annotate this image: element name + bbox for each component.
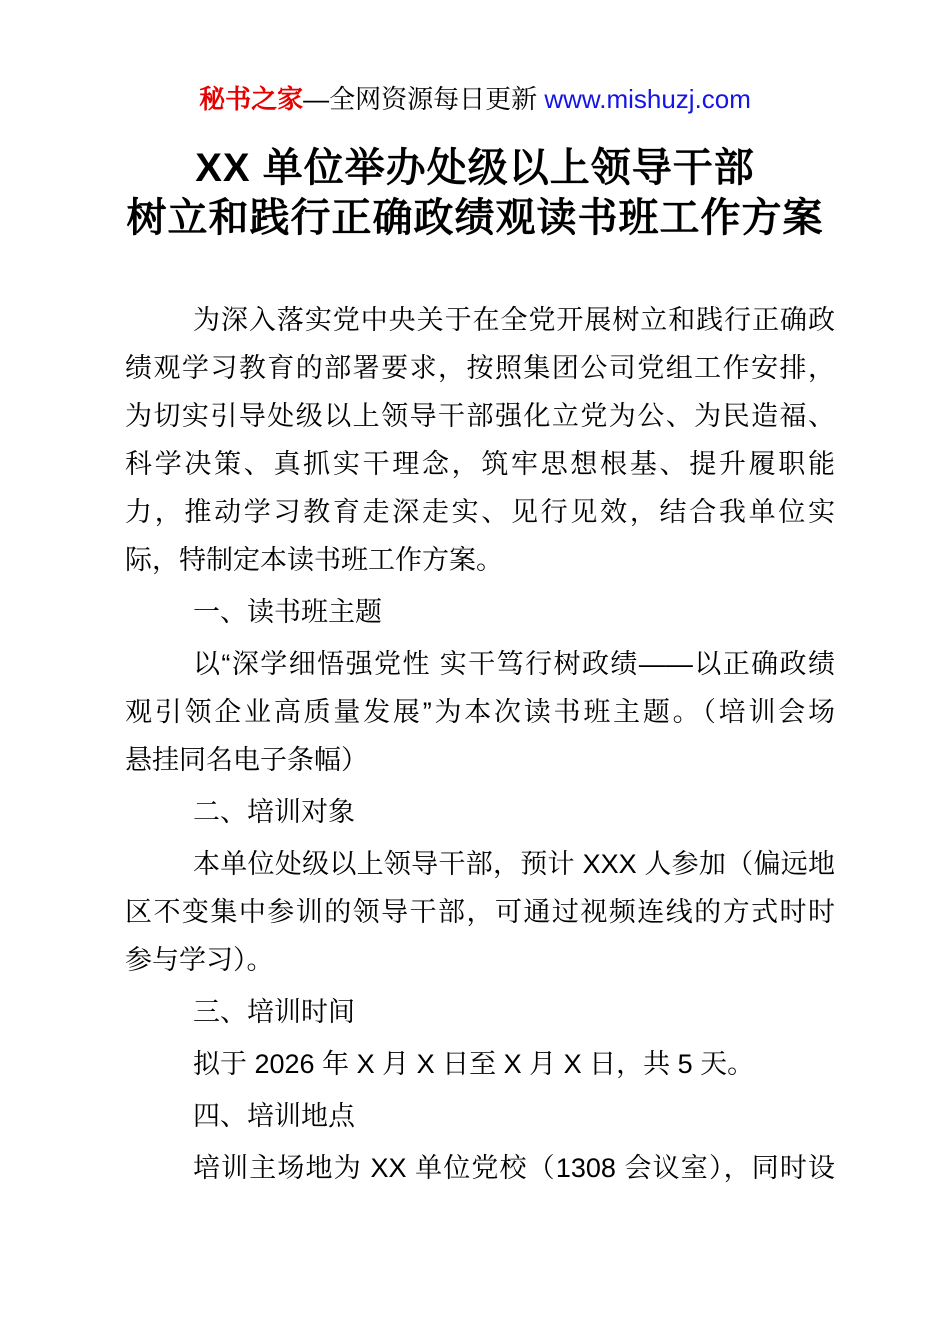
document-body: 为深入落实党中央关于在全党开展树立和践行正确政 绩观学习教育的部署要求，按照集团… — [125, 296, 835, 1192]
body-line: 为深入落实党中央关于在全党开展树立和践行正确政 — [125, 296, 835, 344]
title-line-1: XX 单位举办处级以上领导干部 — [0, 143, 950, 193]
body-line: 绩观学习教育的部署要求，按照集团公司党组工作安排， — [125, 344, 835, 392]
body-line: 悬挂同名电子条幅） — [125, 736, 835, 784]
body-line: 本单位处级以上领导干部，预计 XXX 人参加（偏远地 — [125, 840, 835, 888]
body-line: 拟于 2026 年 X 月 X 日至 X 月 X 日，共 5 天。 — [125, 1040, 835, 1088]
document-title: XX 单位举办处级以上领导干部 树立和践行正确政绩观读书班工作方案 — [0, 143, 950, 243]
site-brand: 秘书之家 — [199, 84, 303, 114]
header-tagline: 全网资源每日更新 — [329, 84, 544, 114]
title-line-2: 树立和践行正确政绩观读书班工作方案 — [0, 193, 950, 243]
body-line: 区不变集中参训的领导干部，可通过视频连线的方式时时 — [125, 888, 835, 936]
header-url: www.mishuzj.com — [544, 84, 751, 114]
body-line: 科学决策、真抓实干理念，筑牢思想根基、提升履职能 — [125, 440, 835, 488]
document-page: 秘书之家—全网资源每日更新 www.mishuzj.com XX 单位举办处级以… — [0, 0, 950, 1344]
header-dash: — — [303, 84, 329, 114]
body-line: 观引领企业高质量发展”为本次读书班主题。（培训会场 — [125, 688, 835, 736]
section-2-heading: 二、培训对象 — [125, 788, 835, 836]
body-line: 力，推动学习教育走深走实、见行见效，结合我单位实 — [125, 488, 835, 536]
body-line: 参与学习）。 — [125, 936, 835, 984]
body-line: 为切实引导处级以上领导干部强化立党为公、为民造福、 — [125, 392, 835, 440]
site-header: 秘书之家—全网资源每日更新 www.mishuzj.com — [0, 82, 950, 116]
section-3-heading: 三、培训时间 — [125, 988, 835, 1036]
section-4-heading: 四、培训地点 — [125, 1092, 835, 1140]
section-1-heading: 一、读书班主题 — [125, 588, 835, 636]
body-line: 际，特制定本读书班工作方案。 — [125, 536, 835, 584]
body-line: 以“深学细悟强党性 实干笃行树政绩——以正确政绩 — [125, 640, 835, 688]
body-line: 培训主场地为 XX 单位党校（1308 会议室），同时设 — [125, 1144, 835, 1192]
